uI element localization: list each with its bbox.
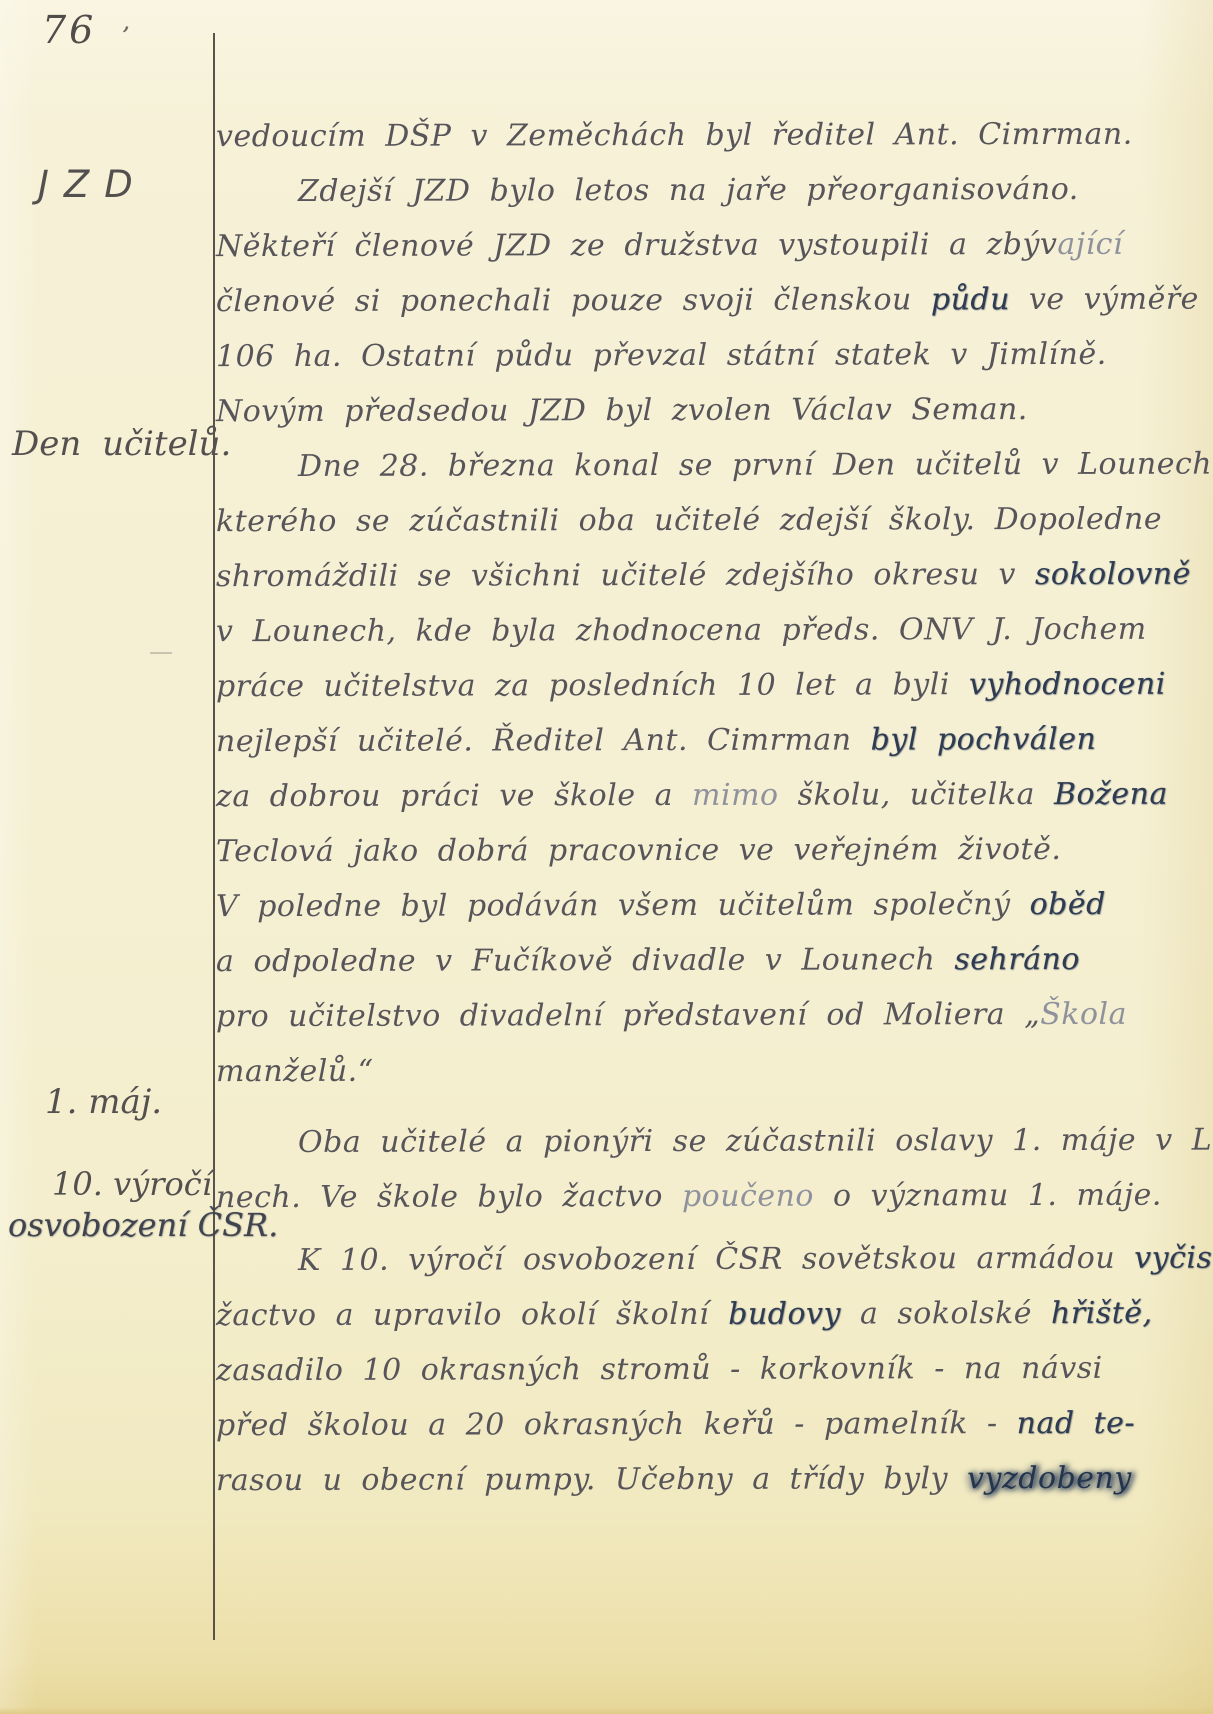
manuscript-line: nech. Ve škole bylo žactvo poučeno o výz… <box>216 1168 1116 1225</box>
manuscript-line: Dne 28. března konal se první Den učitel… <box>216 437 1116 494</box>
manuscript-line: Teclová jako dobrá pracovnice ve veřejné… <box>216 822 1116 879</box>
manuscript-text: rasou u obecní pumpy. Učebny a třídy byl… <box>216 1461 967 1498</box>
manuscript-line: pro učitelstvo divadelní představení od … <box>216 987 1116 1044</box>
manuscript-text: shromáždili se všichni učitelé zdejšího … <box>216 557 1035 594</box>
manuscript-text: Škola <box>1040 997 1127 1032</box>
margin-note-jzd: JZD <box>38 163 148 206</box>
manuscript-line: K 10. výročí osvobození ČSR sovětskou ar… <box>216 1231 1116 1288</box>
manuscript-line: Oba učitelé a pionýři se zúčastnili osla… <box>216 1113 1116 1170</box>
manuscript-line: manželů.“ <box>216 1042 1116 1099</box>
manuscript-line: 106 ha. Ostatní půdu převzal státní stat… <box>216 327 1116 384</box>
manuscript-text: pro učitelstvo divadelní představení od … <box>216 997 1040 1034</box>
manuscript-line: za dobrou práci ve škole a mimo školu, u… <box>216 767 1116 824</box>
manuscript-text: nech. Ve škole bylo žactvo <box>216 1179 682 1215</box>
manuscript-line: V poledne byl podáván všem učitelům spol… <box>216 877 1116 934</box>
manuscript-text: a sokolské <box>841 1296 1051 1332</box>
manuscript-line: žactvo a upravilo okolí školní budovy a … <box>216 1286 1116 1343</box>
manuscript-line: Novým předsedou JZD byl zvolen Václav Se… <box>216 382 1116 439</box>
manuscript-text: v Lounech, kde byla zhodnocena předs. ON… <box>216 612 1147 649</box>
manuscript-body: vedoucím DŠP v Zeměchách byl ředitel Ant… <box>216 108 1116 1507</box>
manuscript-text: manželů.“ <box>216 1054 374 1089</box>
manuscript-text: Zdejší JZD bylo letos na jaře přeorganis… <box>298 172 1079 209</box>
manuscript-line: nejlepší učitelé. Ředitel Ant. Cimrman b… <box>216 712 1116 769</box>
margin-rule-line <box>213 33 215 1640</box>
manuscript-text: za dobrou práci ve škole a <box>216 778 692 814</box>
manuscript-text: půdu <box>931 282 1010 317</box>
manuscript-text: a odpoledne v Fučíkově divadle v Lounech <box>216 942 954 979</box>
manuscript-text: budovy <box>728 1297 841 1332</box>
manuscript-text: Někteří členové JZD ze družstva vystoupi… <box>216 227 1057 264</box>
manuscript-text: vyhodnoceni <box>969 667 1166 703</box>
manuscript-line: shromáždili se všichni učitelé zdejšího … <box>216 547 1116 604</box>
manuscript-line: práce učitelstva za posledních 10 let a … <box>216 657 1116 714</box>
manuscript-text: sehráno <box>954 942 1080 977</box>
manuscript-text: V poledne byl podáván všem učitelům spol… <box>216 887 1030 924</box>
margin-note-den-ucitelu: Den učitelů. <box>12 424 231 464</box>
manuscript-line: Zdejší JZD bylo letos na jaře přeorganis… <box>216 162 1116 219</box>
manuscript-text: školu, učitelka <box>779 777 1054 813</box>
manuscript-line: před školou a 20 okrasných keřů - pameln… <box>216 1396 1116 1453</box>
chronicle-page: 76 ’ JZD Den učitelů. 1. máj. 10. výročí… <box>0 0 1213 1714</box>
manuscript-text: práce učitelstva za posledních 10 let a … <box>216 667 969 704</box>
manuscript-line: rasou u obecní pumpy. Učebny a třídy byl… <box>216 1451 1116 1508</box>
stray-mark: ’ <box>117 21 131 52</box>
manuscript-text: před školou a 20 okrasných keřů - pameln… <box>216 1406 1017 1443</box>
manuscript-text: Oba učitelé a pionýři se zúčastnili osla… <box>298 1122 1213 1160</box>
manuscript-text: nad te- <box>1017 1406 1135 1441</box>
manuscript-text: o významu 1. máje. <box>814 1178 1162 1214</box>
manuscript-text: sokolovně <box>1035 557 1191 592</box>
page-bottom-edge <box>0 1707 1213 1714</box>
manuscript-line: zasadilo 10 okrasných stromů - korkovník… <box>216 1341 1116 1398</box>
manuscript-line: a odpoledne v Fučíkově divadle v Lounech… <box>216 932 1116 989</box>
manuscript-line: členové si ponechali pouze svoji člensko… <box>216 272 1116 329</box>
manuscript-text: Novým předsedou JZD byl zvolen Václav Se… <box>216 392 1028 429</box>
manuscript-line: vedoucím DŠP v Zeměchách byl ředitel Ant… <box>216 107 1116 164</box>
manuscript-text: hřiště, <box>1051 1296 1153 1331</box>
manuscript-text: byl pochválen <box>871 722 1097 758</box>
manuscript-text: zasadilo 10 okrasných stromů - korkovník… <box>216 1351 1103 1388</box>
pencil-mark <box>150 652 172 654</box>
manuscript-line: kterého se zúčastnili oba učitelé zdejší… <box>216 492 1116 549</box>
manuscript-text: K 10. výročí osvobození ČSR sovětskou ar… <box>298 1241 1134 1278</box>
manuscript-text: oběd <box>1030 887 1106 922</box>
margin-note-1-maj: 1. máj. <box>45 1082 162 1122</box>
page-number: 76 <box>42 8 96 52</box>
manuscript-line: Někteří členové JZD ze družstva vystoupi… <box>216 217 1116 274</box>
manuscript-text: Teclová jako dobrá pracovnice ve veřejné… <box>216 832 1061 869</box>
manuscript-line: v Lounech, kde byla zhodnocena předs. ON… <box>216 602 1116 659</box>
manuscript-text: Dne 28. března konal se první Den učitel… <box>298 447 1213 484</box>
manuscript-text: ající <box>1057 227 1123 262</box>
manuscript-text: Božena <box>1054 777 1168 812</box>
manuscript-text: poučeno <box>682 1179 814 1214</box>
manuscript-text: 106 ha. Ostatní půdu převzal státní stat… <box>216 337 1107 374</box>
margin-note-10-vyroci: 10. výročí <box>52 1165 212 1203</box>
manuscript-text: žactvo a upravilo okolí školní <box>216 1297 728 1333</box>
manuscript-text: kterého se zúčastnili oba učitelé zdejší… <box>216 502 1162 539</box>
manuscript-text: nejlepší učitelé. Ředitel Ant. Cimrman <box>216 722 871 759</box>
manuscript-text: vedoucím DŠP v Zeměchách byl ředitel Ant… <box>216 117 1133 154</box>
manuscript-text: vyčistilo <box>1134 1240 1213 1275</box>
blotted-word: vyzdobeny <box>967 1461 1132 1496</box>
manuscript-text: ve výměře <box>1010 282 1199 317</box>
manuscript-text: mimo <box>692 778 779 813</box>
manuscript-text: členové si ponechali pouze svoji člensko… <box>216 282 931 319</box>
